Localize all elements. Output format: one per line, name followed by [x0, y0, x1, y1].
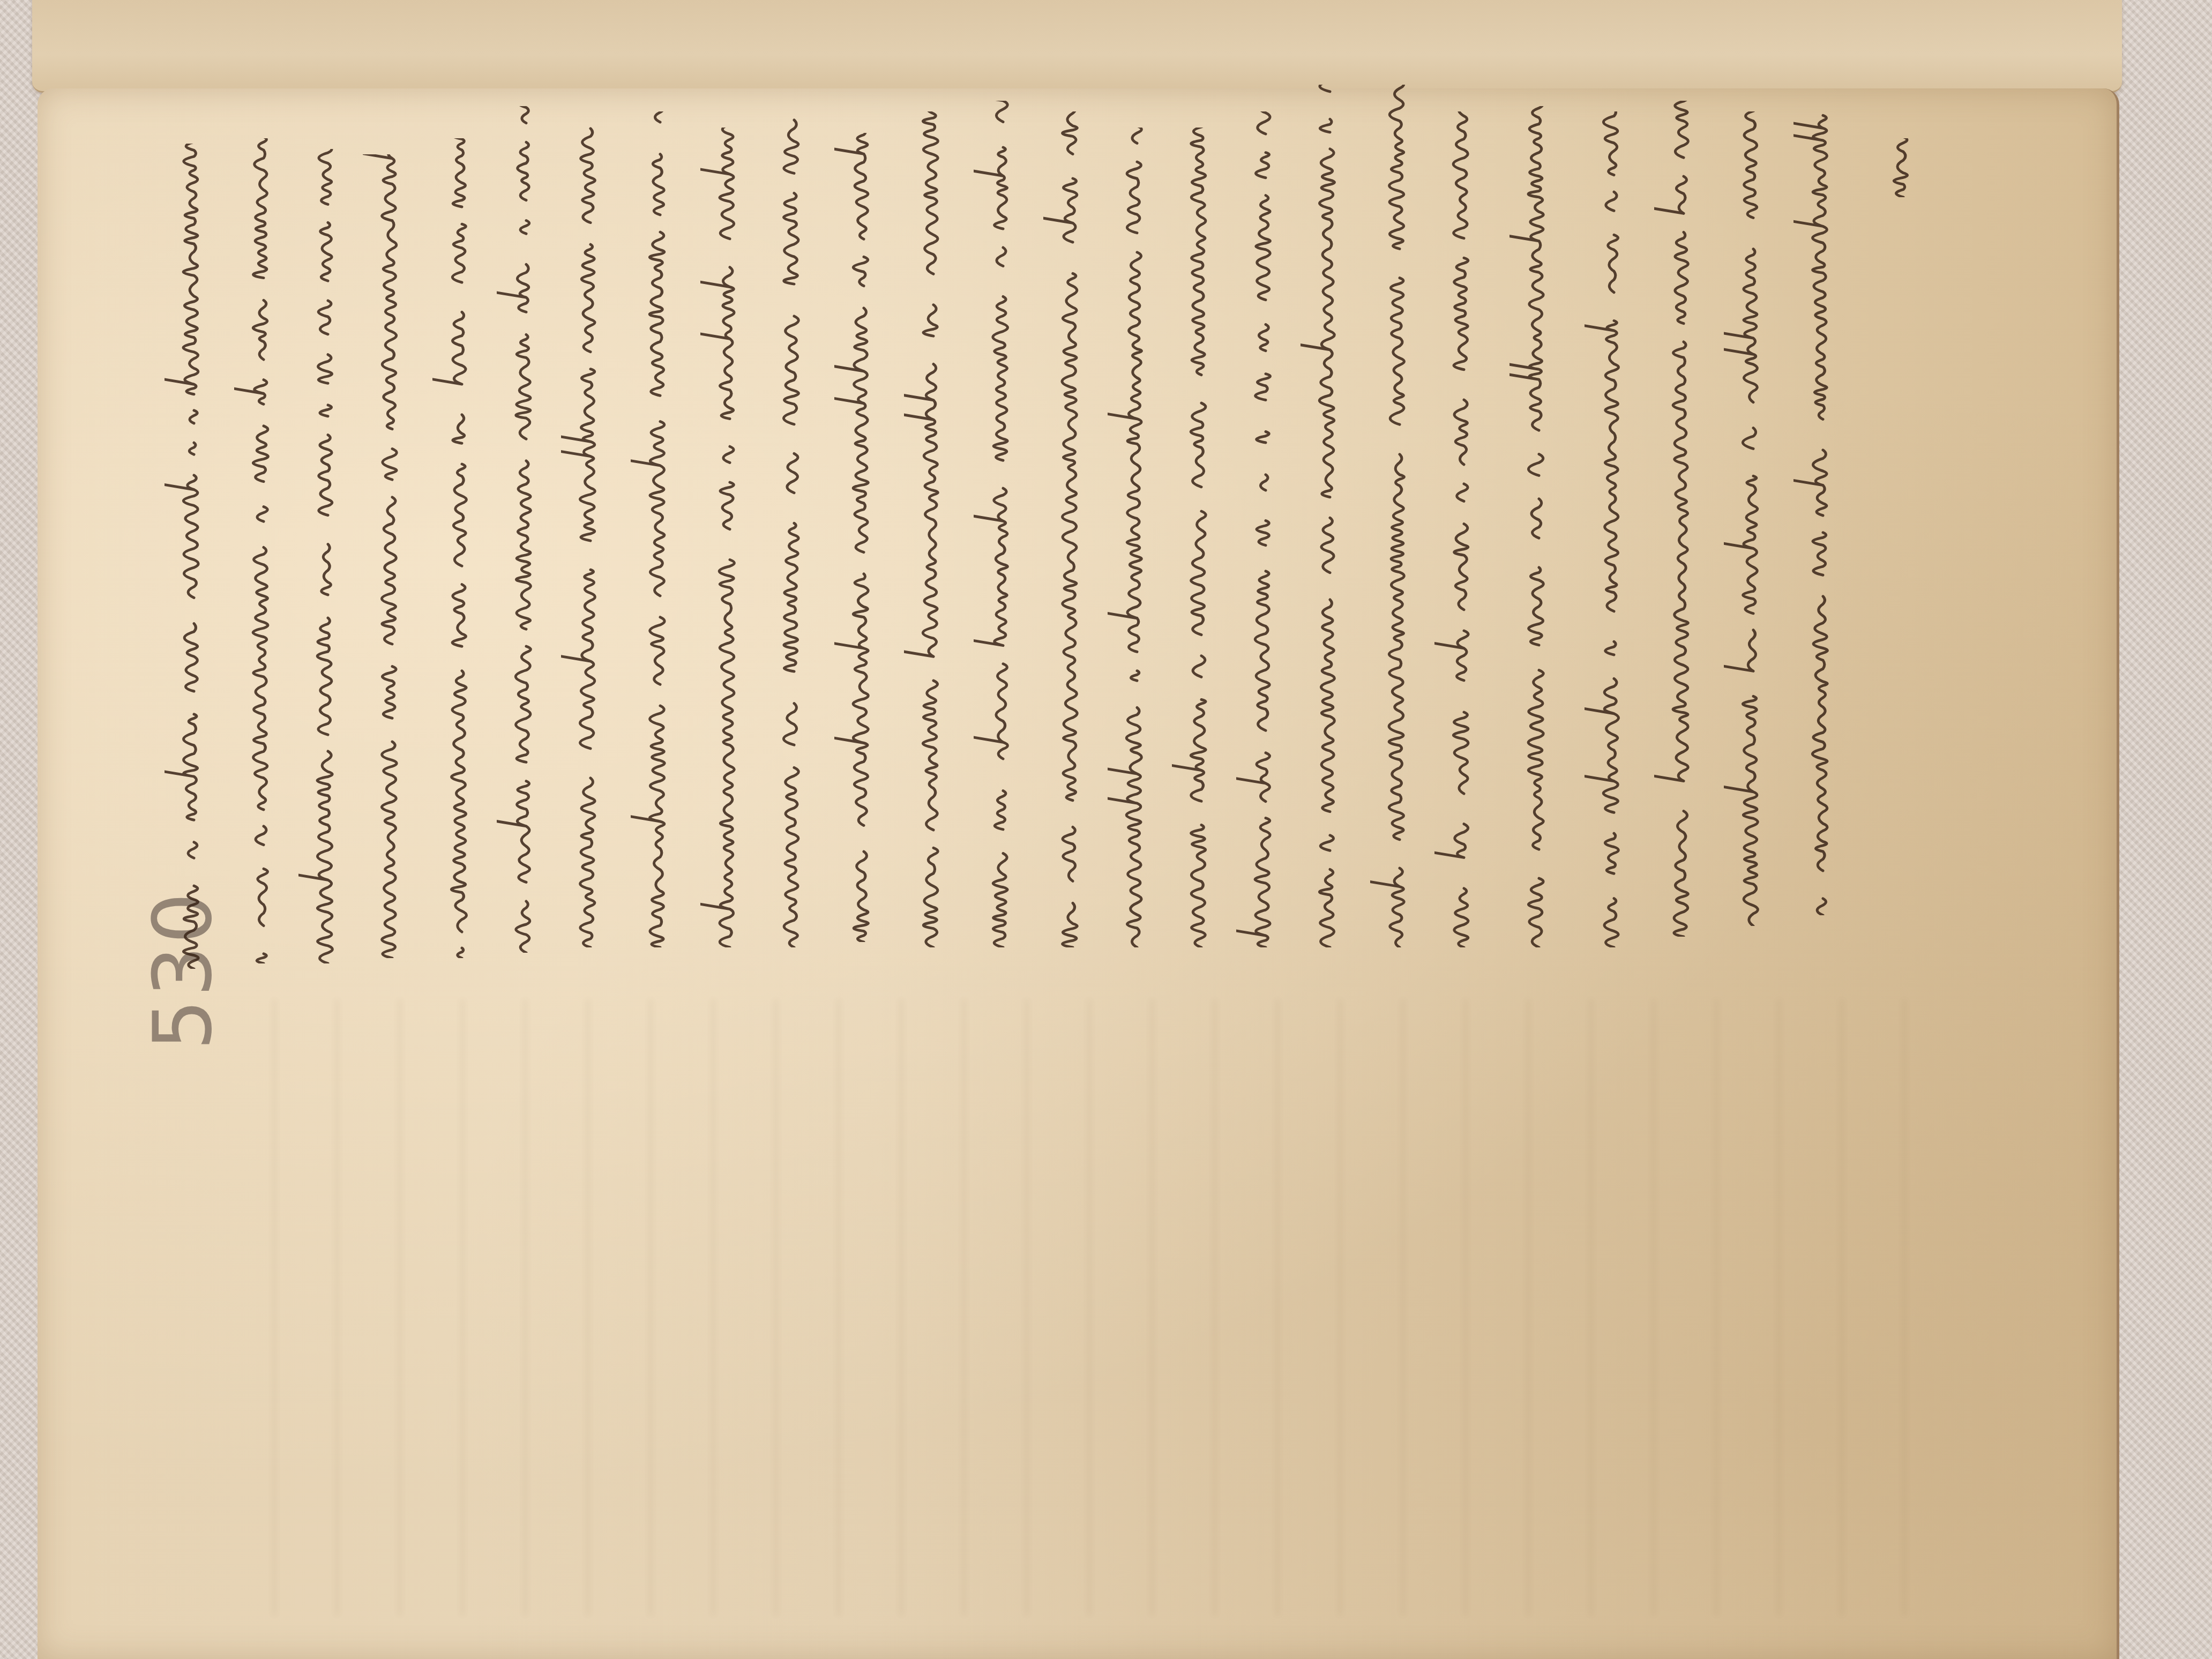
handwritten-line — [526, 106, 535, 953]
handwritten-line — [1823, 111, 1832, 915]
handwritten-line — [194, 144, 203, 969]
handwritten-line — [730, 128, 738, 947]
handwritten-line — [1903, 138, 1912, 197]
handwritten-line — [591, 122, 599, 947]
handwritten-line — [1201, 128, 1210, 947]
handwritten-line — [392, 154, 401, 958]
handwritten-line — [1464, 111, 1473, 947]
handwritten-line — [660, 111, 669, 947]
handwritten-line — [1073, 111, 1081, 947]
handwritten-line — [1003, 101, 1012, 947]
handwritten-line — [1539, 106, 1548, 947]
handwritten-line — [1684, 101, 1692, 937]
handwritten-line — [1400, 85, 1408, 947]
handwritten-line — [933, 111, 942, 947]
handwritten-line — [1330, 85, 1339, 947]
handwritten-line — [1266, 111, 1274, 947]
handwritten-line — [1753, 111, 1762, 926]
handwritten-line — [1614, 111, 1623, 947]
handwritten-text-block — [0, 0, 2212, 1659]
handwritten-line — [328, 149, 337, 963]
handwritten-line — [462, 138, 470, 958]
handwritten-line — [794, 117, 803, 947]
handwritten-line — [864, 133, 872, 942]
handwritten-line — [264, 138, 272, 963]
handwritten-line — [1137, 128, 1146, 947]
